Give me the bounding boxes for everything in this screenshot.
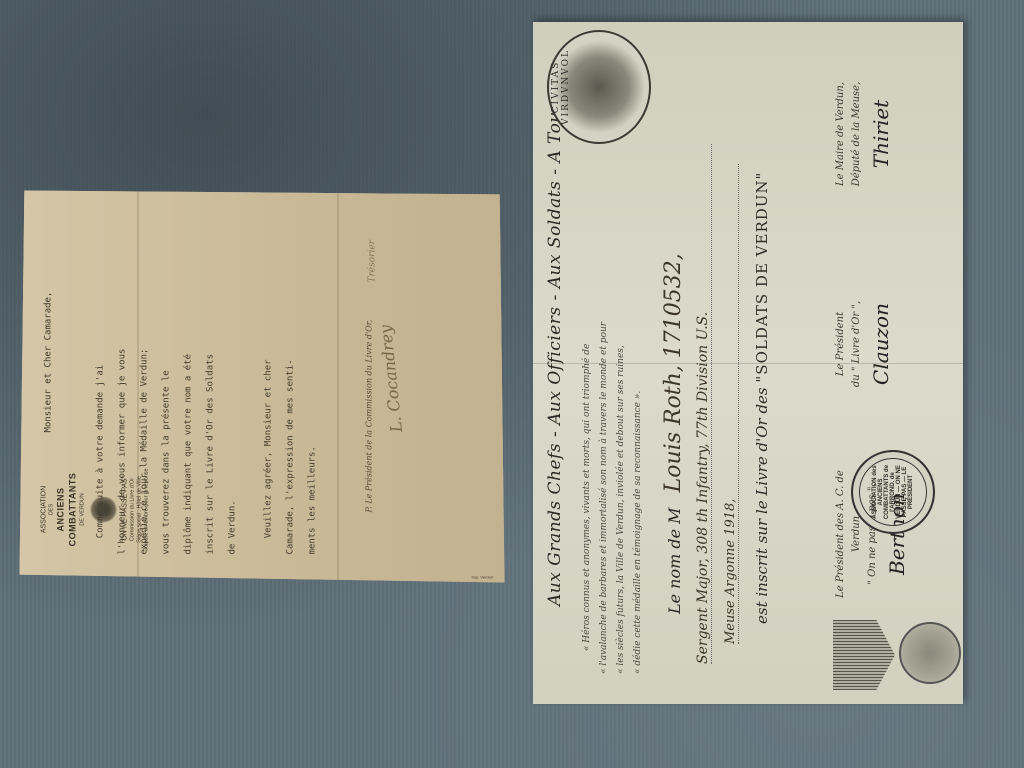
signatory-mayor: Le Maire de Verdun, Député de la Meuse, …: [833, 64, 889, 204]
signatory-livre-dor-president: Le Président du " Livre d'Or ", Clauzon: [833, 274, 889, 414]
inscription-title: "SOLDATS DE VERDUN": [753, 172, 771, 383]
letter-greeting: Monsieur et Cher Camarade,: [44, 292, 54, 433]
certificate-title: Aux Grands Chefs - Aux Officiers - Aux S…: [545, 74, 565, 634]
signatory-subtitle: Député de la Meuse,: [849, 64, 865, 204]
recipient-name-line: Le nom de M Louis Roth, 1710532,: [661, 134, 686, 614]
association-stamp-icon: ASSOCIATION des ANCIENS COMBATTANTS de l…: [851, 450, 935, 534]
fold-crease: [338, 191, 339, 583]
medal-coin-icon: [899, 622, 961, 684]
signatory-subtitle: du " Livre d'Or ",: [849, 274, 865, 414]
recipient-name: Louis Roth, 1710532,: [661, 253, 686, 492]
recipient-rank-unit: Sergent Major, 308 th Infantry, 77th Div…: [695, 144, 712, 664]
letter-closing: Veuillez agréer, Monsieur et cher Camara…: [258, 210, 324, 555]
signature-caption: P. Le Président de la Commission du Livr…: [365, 320, 374, 513]
letterhead-des: DES: [49, 455, 56, 565]
name-prefix: Le nom de M: [665, 507, 684, 614]
handwritten-signature: L. Cocandrey: [376, 324, 406, 433]
certificate-document: Aux Grands Chefs - Aux Officiers - Aux S…: [533, 22, 963, 704]
letter-document: ASSOCIATION DES ANCIENS COMBATTANTS DE V…: [20, 190, 505, 582]
letterhead-name: ANCIENS COMBATTANTS: [56, 455, 79, 565]
association-stamp-text: ASSOCIATION des ANCIENS COMBATTANTS de l…: [872, 462, 914, 522]
verdun-medal-icon: [833, 620, 933, 690]
signature-annotation: Trésorier: [368, 240, 378, 282]
dedication-text: « Héros connus et anonymes, vivants et m…: [579, 174, 647, 674]
inscription-prefix: est inscrit sur le Livre d'Or des: [753, 387, 771, 624]
letterhead-city: DE VERDUN: [79, 455, 86, 565]
city-seal-icon: CIVITAS VIRDVNVOL: [547, 30, 651, 144]
recipient-campaign: Meuse Argonne 1918,: [723, 164, 739, 644]
certificate-paper: Aux Grands Chefs - Aux Officiers - Aux S…: [533, 22, 963, 704]
signatory-title: Le Maire de Verdun,: [833, 64, 849, 204]
inscription-line: est inscrit sur le Livre d'Or des "SOLDA…: [753, 172, 771, 624]
letterhead-association: ASSOCIATION: [40, 455, 49, 565]
signatory-title: Le Président: [833, 274, 849, 414]
letter-body: Comme suite à votre demande j'ai l'honne…: [90, 210, 244, 555]
printer-mark: Imp. Verdun: [472, 575, 494, 580]
letter-paper: ASSOCIATION DES ANCIENS COMBATTANTS DE V…: [20, 191, 505, 583]
signatory-signature: Clauzon: [873, 274, 889, 414]
city-seal-text: CIVITAS VIRDVNVOL: [551, 32, 571, 142]
medal-ribbon-icon: [833, 620, 895, 690]
signatory-signature: Thiriet: [873, 64, 889, 204]
